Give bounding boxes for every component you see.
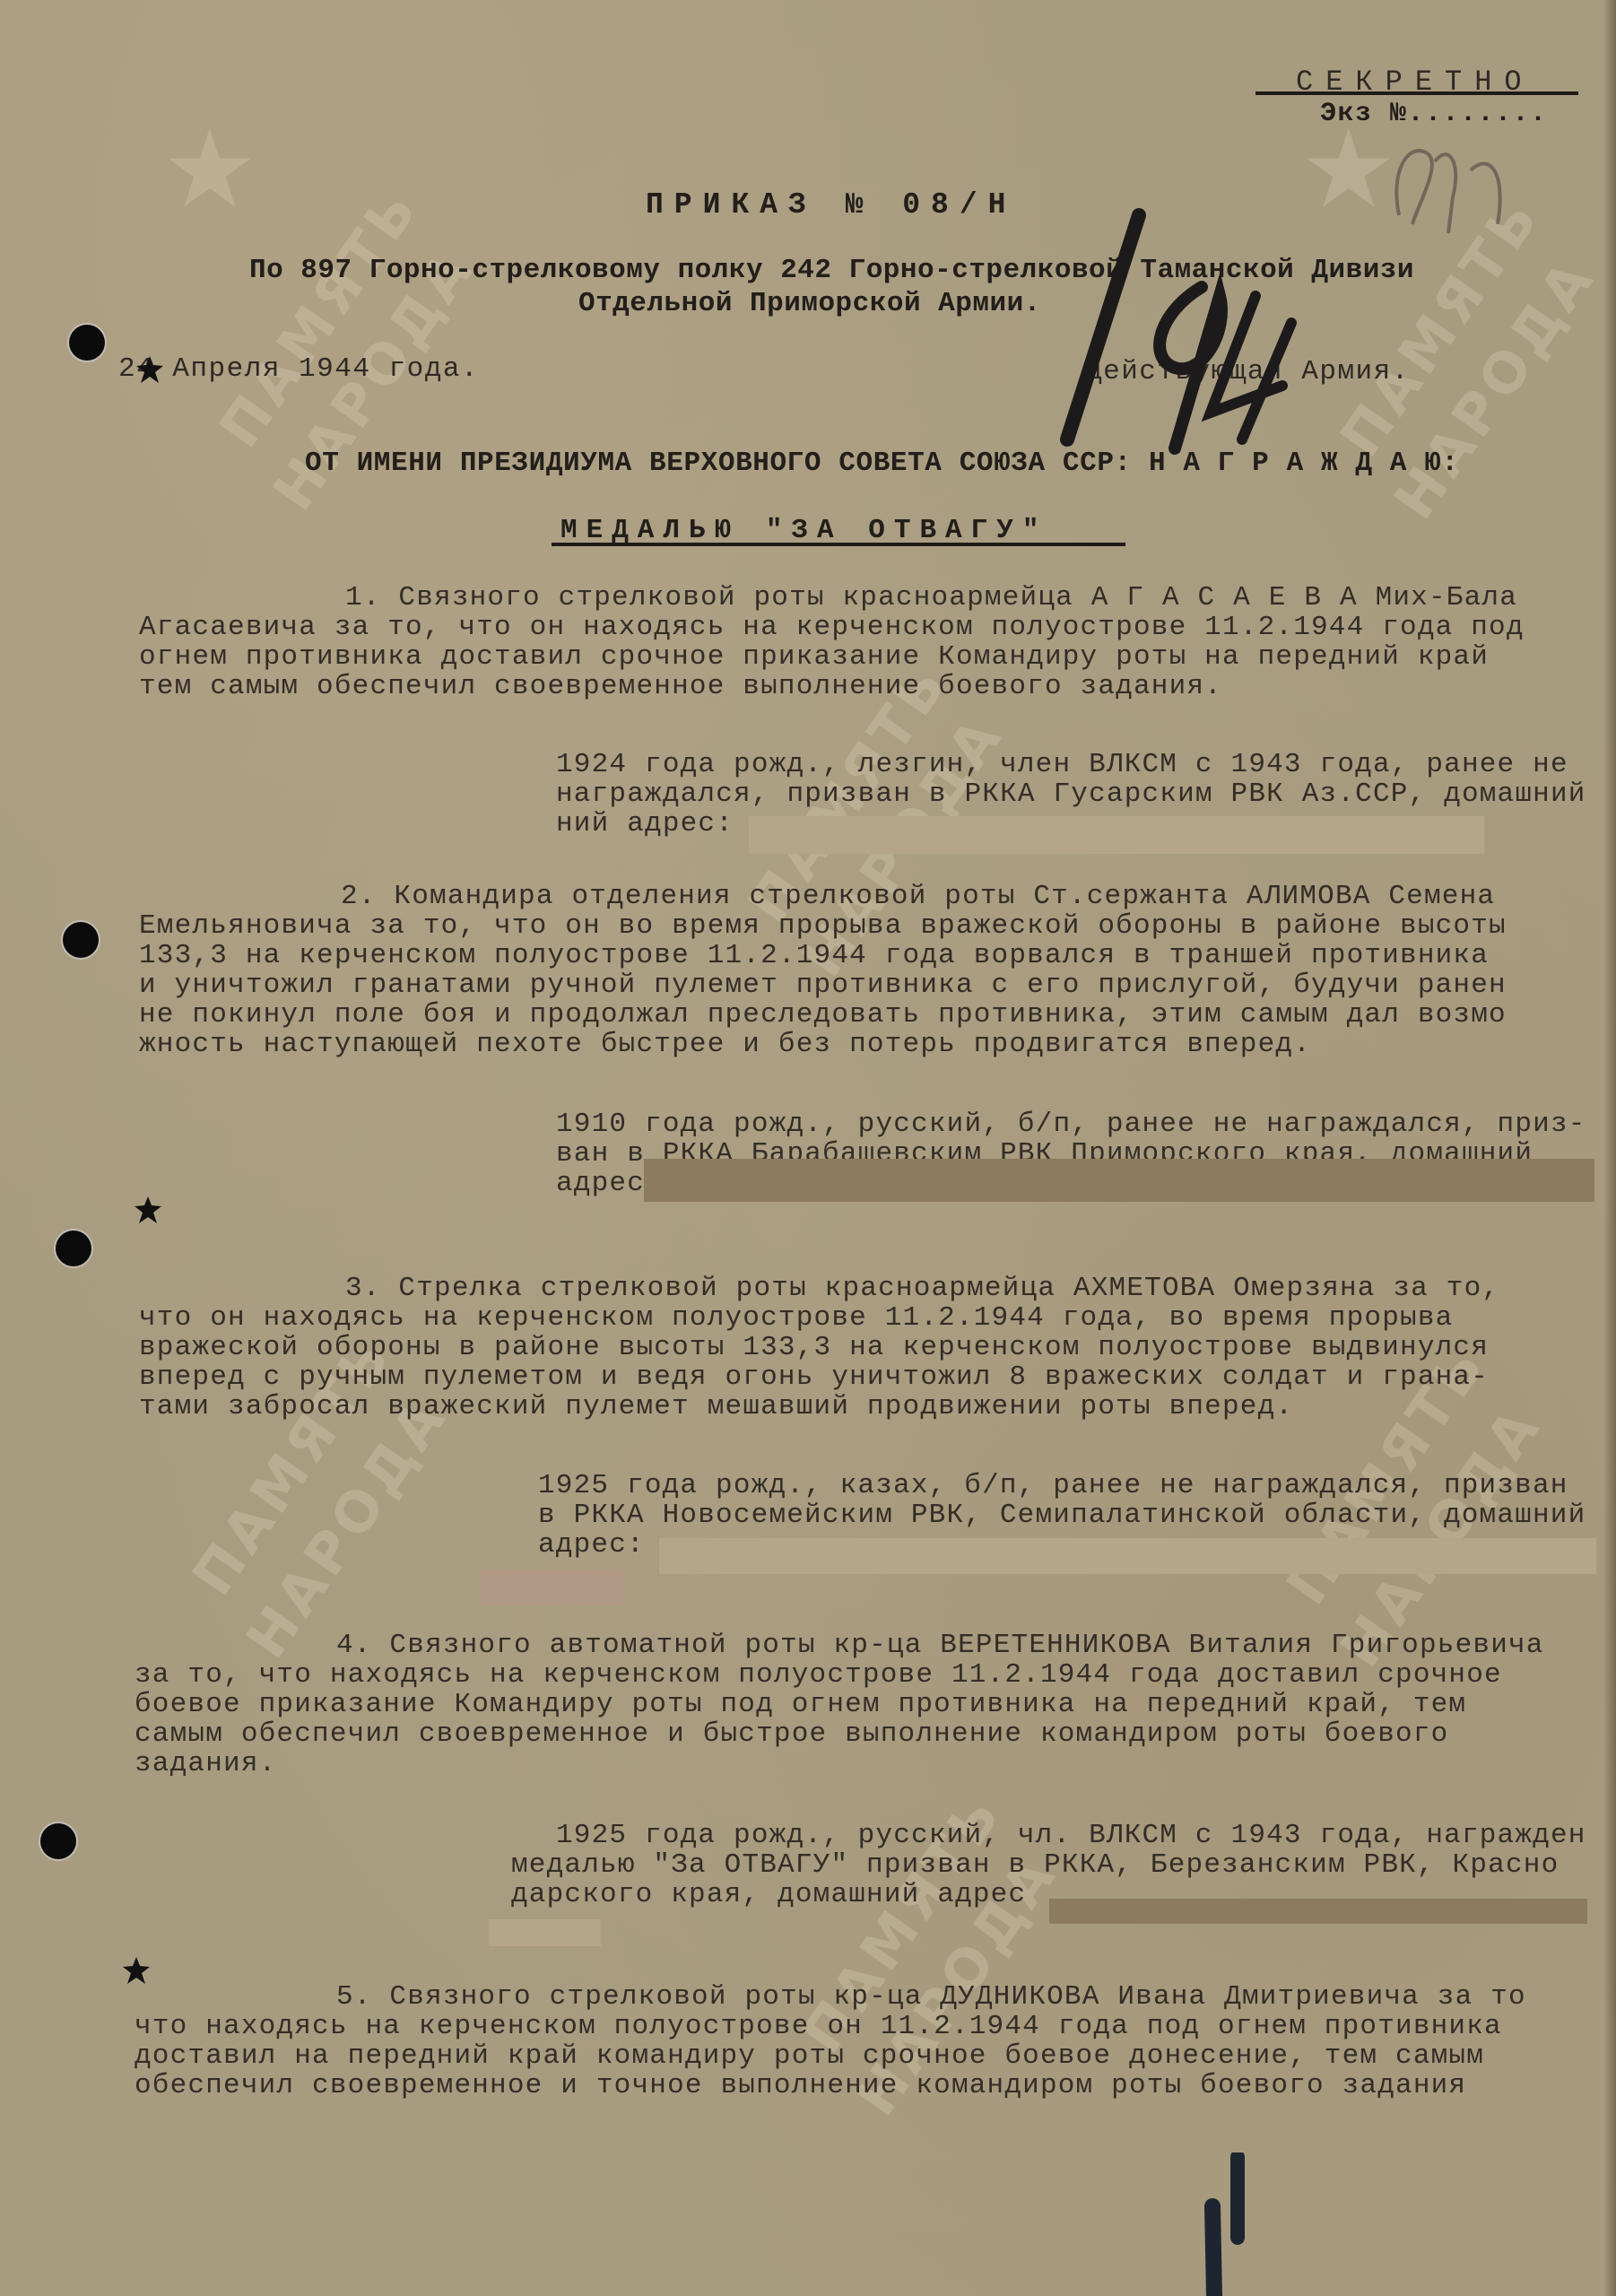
copy-number: Экз №........ xyxy=(1320,99,1548,129)
redacted-address xyxy=(749,816,1484,854)
torn-hole-icon xyxy=(121,1955,152,1986)
redacted-address xyxy=(480,1570,623,1605)
entry-4-citation: 4. Связного автоматной роты кр-ца ВЕРЕТЕ… xyxy=(135,1631,1544,1779)
redacted-address xyxy=(644,1159,1594,1202)
ink-mark-icon xyxy=(1202,2152,1255,2296)
medal-title: МЕДАЛЬЮ "ЗА ОТВАГУ" xyxy=(560,516,1047,546)
punch-hole-icon xyxy=(56,1231,91,1266)
redacted-address xyxy=(1049,1899,1587,1924)
torn-hole-icon xyxy=(133,1195,163,1225)
entry-4-bio: 1925 года рожд., русский, чл. ВЛКСМ с 19… xyxy=(511,1821,1586,1909)
order-title: ПРИКАЗ № 08/Н xyxy=(646,190,1016,221)
entry-1-citation: 1. Связного стрелковой роты красноармейц… xyxy=(139,583,1525,701)
torn-hole-icon xyxy=(135,354,165,385)
page-edge-shadow xyxy=(1603,0,1616,2296)
addressee-line-2: Отдельной Приморской Армии. xyxy=(578,289,1041,319)
classification-underline xyxy=(1255,91,1578,95)
entry-2-citation: 2. Командира отделения стрелковой роты С… xyxy=(139,882,1507,1059)
watermark-star-icon: ★ xyxy=(161,108,258,232)
handwritten-number-icon xyxy=(1049,206,1336,457)
punch-hole-icon xyxy=(40,1823,76,1859)
preamble-text: ОТ ИМЕНИ ПРЕЗИДИУМА ВЕРХОВНОГО СОВЕТА СО… xyxy=(305,448,1459,479)
redacted-address xyxy=(659,1538,1596,1574)
medal-underline xyxy=(552,543,1125,546)
punch-hole-icon xyxy=(69,325,105,361)
entry-3-citation: 3. Стрелка стрелковой роты красноармейца… xyxy=(139,1274,1499,1422)
pencil-annotation-icon xyxy=(1363,135,1542,251)
punch-hole-icon xyxy=(63,922,99,958)
redacted-address xyxy=(489,1919,601,1946)
order-date: 24 Апреля 1944 года. xyxy=(118,354,479,385)
entry-5-citation: 5. Связного стрелковой роты кр-ца ДУДНИК… xyxy=(135,1982,1526,2100)
